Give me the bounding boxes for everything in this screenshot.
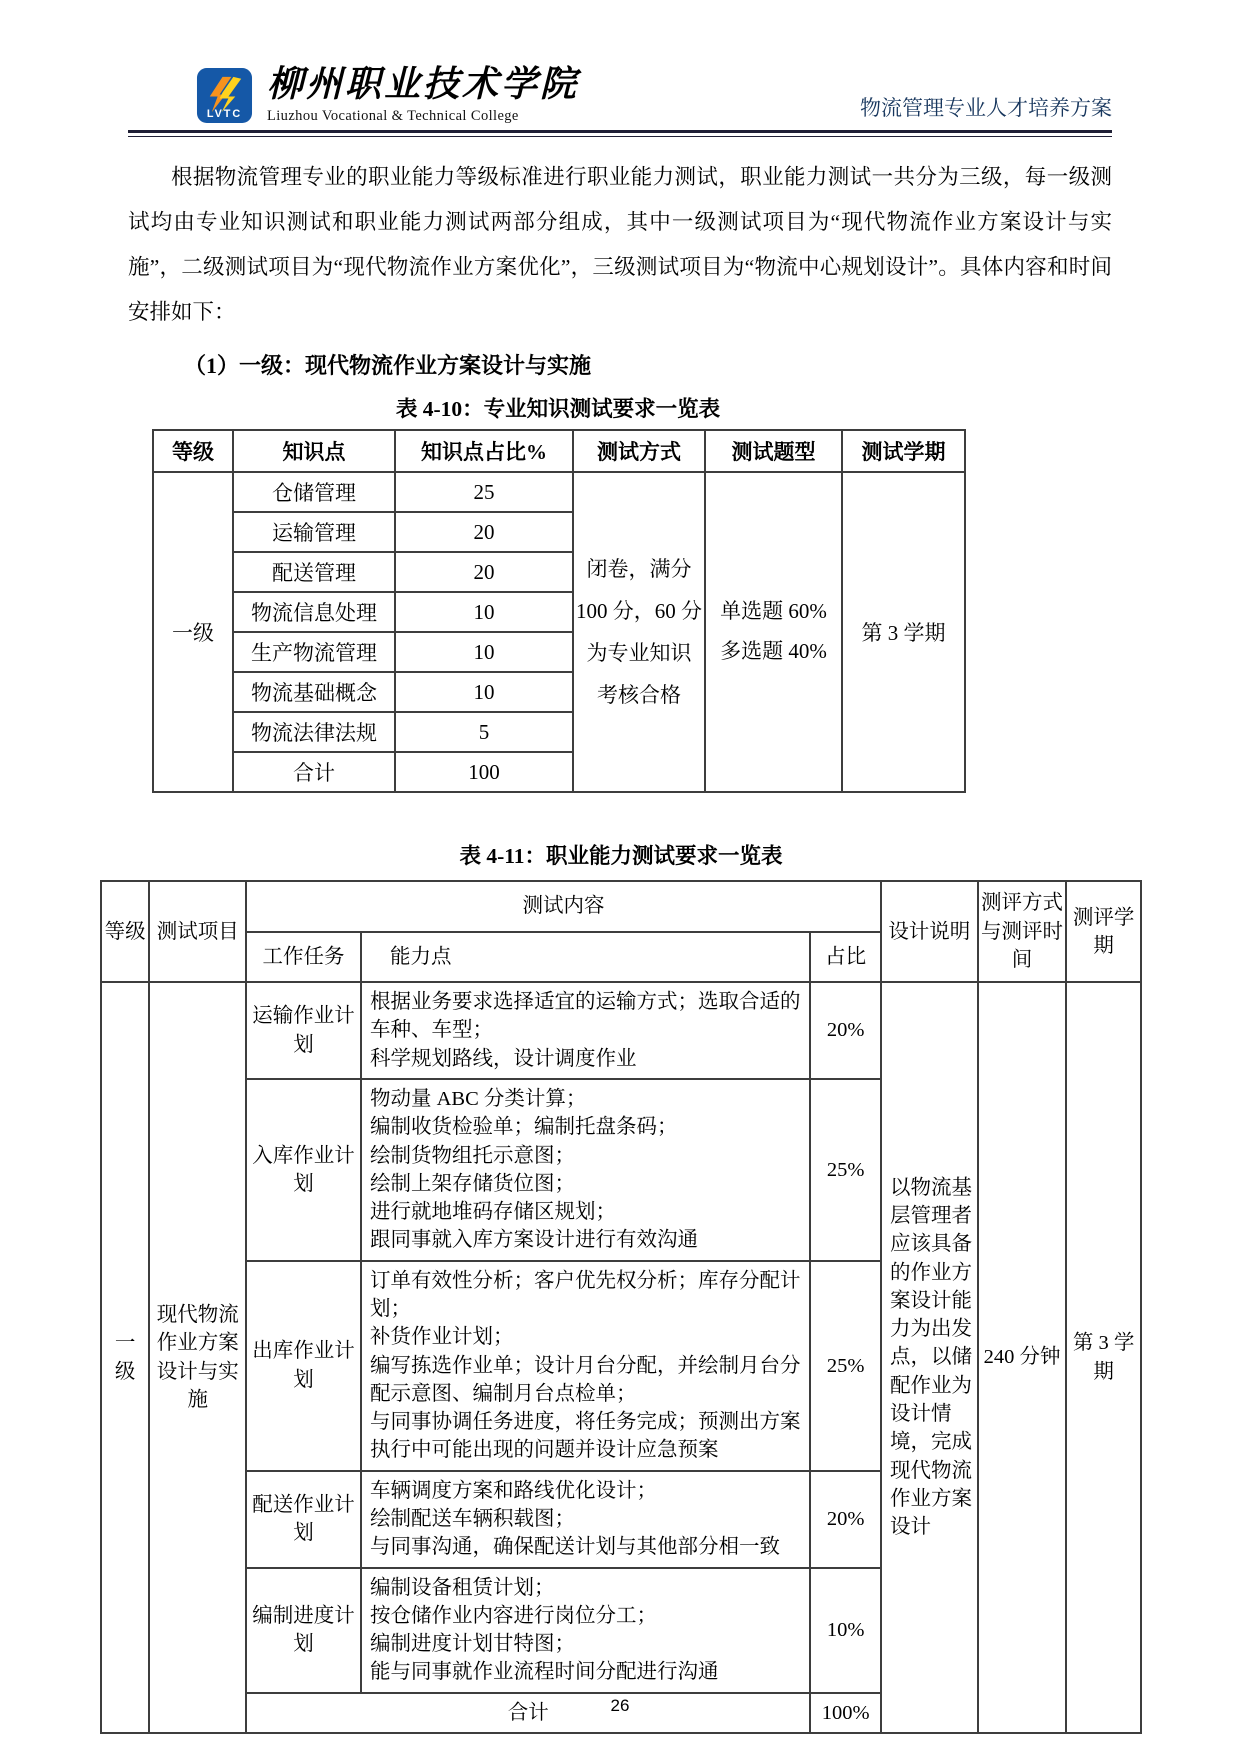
college-logo-icon: LVTC xyxy=(196,67,253,124)
t1-semester-cell: 第 3 学期 xyxy=(842,472,965,792)
t1-pct-cell: 5 xyxy=(395,712,573,752)
t2-header-semester: 测评学期 xyxy=(1066,881,1141,982)
t1-header-percent: 知识点占比% xyxy=(395,430,573,472)
college-brand: LVTC 柳州职业技术学院 Liuzhou Vocational & Techn… xyxy=(196,66,579,125)
t2-task-cell: 配送作业计划 xyxy=(246,1471,361,1568)
t2-header-share: 占比 xyxy=(810,932,881,982)
t1-pct-cell: 10 xyxy=(395,592,573,632)
t2-level-cell: 一级 xyxy=(101,982,149,1733)
t2-share-cell: 25% xyxy=(810,1261,881,1471)
t2-header-content: 测试内容 xyxy=(246,881,881,931)
t2-task-cell: 出库作业计划 xyxy=(246,1261,361,1471)
t2-share-cell: 20% xyxy=(810,982,881,1079)
t2-ability-cell: 根据业务要求选择适宜的运输方式；选取合适的车种、车型； 科学规划路线，设计调度作… xyxy=(361,982,810,1079)
t1-knowledge-cell: 物流基础概念 xyxy=(233,672,395,712)
header-divider xyxy=(128,130,1112,137)
college-name-zh: 柳州职业技术学院 xyxy=(267,66,579,104)
t2-header-row-1: 等级 测试项目 测试内容 设计说明 测评方式与测评时间 测评学期 xyxy=(101,881,1141,931)
t2-header-design: 设计说明 xyxy=(881,881,978,982)
t1-pct-cell: 20 xyxy=(395,552,573,592)
t1-header-row: 等级 知识点 知识点占比% 测试方式 测试题型 测试学期 xyxy=(153,430,965,472)
t1-header-types: 测试题型 xyxy=(705,430,842,472)
intro-paragraph: 根据物流管理专业的职业能力等级标准进行职业能力测试，职业能力测试一共分为三级，每… xyxy=(128,155,1112,336)
knowledge-test-table: 等级 知识点 知识点占比% 测试方式 测试题型 测试学期 一级 仓储管理 25 … xyxy=(152,429,966,793)
t2-share-cell: 20% xyxy=(810,1471,881,1568)
t2-header-ability: 能力点 xyxy=(361,932,810,982)
t1-total-pct-cell: 100 xyxy=(395,752,573,792)
t2-header-method: 测评方式与测评时间 xyxy=(978,881,1067,982)
t2-project-cell: 现代物流作业方案设计与实施 xyxy=(149,982,246,1733)
t2-share-cell: 25% xyxy=(810,1079,881,1261)
t2-header-task: 工作任务 xyxy=(246,932,361,982)
ability-test-table: 等级 测试项目 测试内容 设计说明 测评方式与测评时间 测评学期 工作任务 能力… xyxy=(100,880,1142,1734)
t2-semester-cell: 第 3 学期 xyxy=(1066,982,1141,1733)
t2-task-cell: 编制进度计划 xyxy=(246,1568,361,1693)
page-number: 26 xyxy=(0,1696,1240,1716)
t2-ability-cell: 物动量 ABC 分类计算； 编制收货检验单；编制托盘条码； 绘制货物组托示意图；… xyxy=(361,1079,810,1261)
t2-ability-cell: 订单有效性分析；客户优先权分析；库存分配计划； 补货作业计划； 编写拣选作业单；… xyxy=(361,1261,810,1471)
t2-method-time-cell: 240 分钟 xyxy=(978,982,1067,1733)
t2-header-level: 等级 xyxy=(101,881,149,982)
page-content: 根据物流管理专业的职业能力等级标准进行职业能力测试，职业能力测试一共分为三级，每… xyxy=(0,155,1240,1734)
t1-knowledge-cell: 运输管理 xyxy=(233,512,395,552)
t1-header-knowledge: 知识点 xyxy=(233,430,395,472)
document-title: 物流管理专业人才培养方案 xyxy=(860,92,1112,125)
table-row: 一级 仓储管理 25 闭卷，满分 100 分，60 分 为专业知识 考核合格 单… xyxy=(153,472,965,512)
t1-knowledge-cell: 物流法律法规 xyxy=(233,712,395,752)
t1-pct-cell: 20 xyxy=(395,512,573,552)
t2-share-cell: 10% xyxy=(810,1568,881,1693)
t2-header-project: 测试项目 xyxy=(149,881,246,982)
t2-ability-cell: 车辆调度方案和路线优化设计； 绘制配送车辆积载图； 与同事沟通，确保配送计划与其… xyxy=(361,1471,810,1568)
t2-ability-cell: 编制设备租赁计划； 按仓储作业内容进行岗位分工； 编制进度计划甘特图； 能与同事… xyxy=(361,1568,810,1693)
t1-knowledge-cell: 物流信息处理 xyxy=(233,592,395,632)
t1-header-method: 测试方式 xyxy=(573,430,705,472)
page-header: LVTC 柳州职业技术学院 Liuzhou Vocational & Techn… xyxy=(0,0,1240,137)
t1-pct-cell: 25 xyxy=(395,472,573,512)
document-page: LVTC 柳州职业技术学院 Liuzhou Vocational & Techn… xyxy=(0,0,1240,1754)
t1-pct-cell: 10 xyxy=(395,632,573,672)
t1-pct-cell: 10 xyxy=(395,672,573,712)
t1-method-cell: 闭卷，满分 100 分，60 分 为专业知识 考核合格 xyxy=(573,472,705,792)
t1-header-semester: 测试学期 xyxy=(842,430,965,472)
t1-level-cell: 一级 xyxy=(153,472,233,792)
college-name-en: Liuzhou Vocational & Technical College xyxy=(267,108,579,125)
section-heading: （1）一级：现代物流作业方案设计与实施 xyxy=(184,349,1112,380)
table-row: 一级 现代物流作业方案设计与实施 运输作业计划 根据业务要求选择适宜的运输方式；… xyxy=(101,982,1141,1079)
t1-total-label-cell: 合计 xyxy=(233,752,395,792)
t1-knowledge-cell: 生产物流管理 xyxy=(233,632,395,672)
t1-header-level: 等级 xyxy=(153,430,233,472)
table2-title: 表 4-11：职业能力测试要求一览表 xyxy=(100,839,1142,870)
t2-design-note-cell: 以物流基层管理者应该具备的作业方案设计能力为出发点，以储配作业为设计情境，完成现… xyxy=(881,982,978,1733)
t1-knowledge-cell: 仓储管理 xyxy=(233,472,395,512)
svg-text:LVTC: LVTC xyxy=(207,108,242,120)
t2-task-cell: 运输作业计划 xyxy=(246,982,361,1079)
t1-types-cell: 单选题 60% 多选题 40% xyxy=(705,472,842,792)
table1-title: 表 4-10：专业知识测试要求一览表 xyxy=(152,392,964,423)
t2-task-cell: 入库作业计划 xyxy=(246,1079,361,1261)
t1-knowledge-cell: 配送管理 xyxy=(233,552,395,592)
